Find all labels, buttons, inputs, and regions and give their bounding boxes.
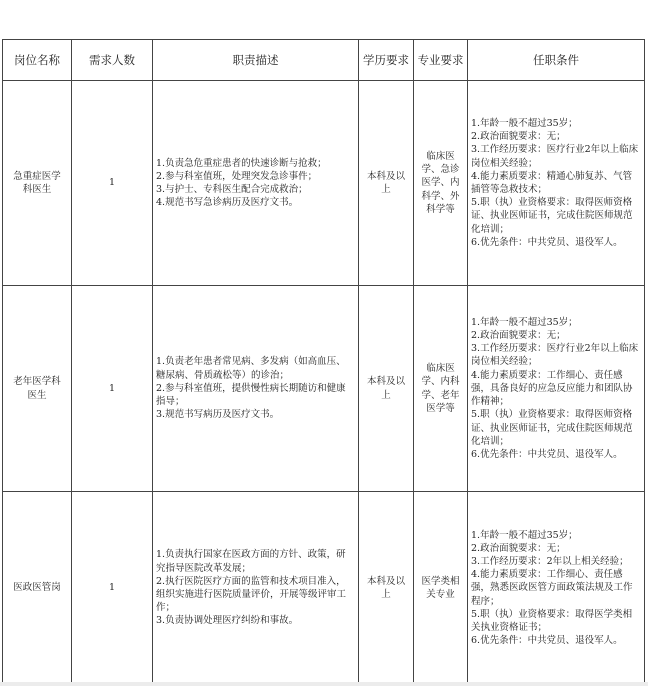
header-major: 专业要求: [414, 40, 468, 81]
count-cell: 1: [72, 81, 153, 286]
requirement-line: 3.工作经历要求：医疗行业2年以上临床岗位相关经验；: [471, 143, 641, 169]
requirement-line: 5.职（执）业资格要求：取得医学类相关执业资格证书；: [471, 608, 641, 634]
position-cell: 急重症医学科医生: [3, 81, 72, 286]
requirements-cell: 1.年龄一般不超过35岁； 2.政治面貌要求：无； 3.工作经历要求：医疗行业2…: [468, 81, 645, 286]
table-row: 老年医学科医生 1 1.负责老年患者常见病、多发病（如高血压、糖尿病、骨质疏松等…: [3, 286, 645, 492]
page-bottom-edge: [0, 682, 648, 686]
requirements-cell: 1.年龄一般不超过35岁； 2.政治面貌要求：无； 3.工作经历要求：2年以上相…: [468, 492, 645, 685]
duties-cell: 1.负责急危重症患者的快速诊断与抢救； 2.参与科室值班，处理突发急诊事件； 3…: [153, 81, 359, 286]
count-cell: 1: [72, 492, 153, 685]
requirement-line: 3.工作经历要求：2年以上相关经验；: [471, 555, 641, 568]
duty-line: 1.负责急危重症患者的快速诊断与抢救；: [156, 157, 355, 170]
duties-cell: 1.负责老年患者常见病、多发病（如高血压、糖尿病、骨质疏松等）的诊治； 2.参与…: [153, 286, 359, 492]
education-cell: 本科及以上: [359, 286, 414, 492]
major-cell: 临床医学、急诊医学、内科学、外科学等: [414, 81, 468, 286]
duty-line: 1.负责执行国家在医政方面的方针、政策，研究指导医院改革发展；: [156, 548, 355, 574]
duties-cell: 1.负责执行国家在医政方面的方针、政策，研究指导医院改革发展； 2.执行医院医疗…: [153, 492, 359, 685]
table-row: 急重症医学科医生 1 1.负责急危重症患者的快速诊断与抢救； 2.参与科室值班，…: [3, 81, 645, 286]
table-header-row: 岗位名称 需求人数 职责描述 学历要求 专业要求 任职条件: [3, 40, 645, 81]
requirement-line: 1.年龄一般不超过35岁；: [471, 529, 641, 542]
header-education: 学历要求: [359, 40, 414, 81]
education-cell: 本科及以上: [359, 81, 414, 286]
duty-line: 3.负责协调处理医疗纠纷和事故。: [156, 614, 355, 627]
requirement-line: 2.政治面貌要求：无；: [471, 542, 641, 555]
requirement-line: 6.优先条件：中共党员、退役军人。: [471, 634, 641, 647]
requirement-line: 1.年龄一般不超过35岁；: [471, 117, 641, 130]
requirements-cell: 1.年龄一般不超过35岁； 2.政治面貌要求：无； 3.工作经历要求：医疗行业2…: [468, 286, 645, 492]
count-cell: 1: [72, 286, 153, 492]
requirement-line: 5.职（执）业资格要求：取得医师资格证、执业医师证书，完成住院医师规范化培训；: [471, 196, 641, 236]
requirement-line: 1.年龄一般不超过35岁；: [471, 316, 641, 329]
requirement-line: 2.政治面貌要求：无；: [471, 130, 641, 143]
duty-line: 4.规范书写急诊病历及医疗文书。: [156, 196, 355, 209]
requirement-line: 5.职（执）业资格要求：取得医师资格证、执业医师证书，完成住院医师规范化培训；: [471, 408, 641, 448]
position-cell: 医政医管岗: [3, 492, 72, 685]
requirement-line: 6.优先条件：中共党员、退役军人。: [471, 448, 641, 461]
table-row: 医政医管岗 1 1.负责执行国家在医政方面的方针、政策，研究指导医院改革发展； …: [3, 492, 645, 685]
requirement-line: 3.工作经历要求：医疗行业2年以上临床岗位相关经验；: [471, 342, 641, 368]
position-cell: 老年医学科医生: [3, 286, 72, 492]
requirement-line: 6.优先条件：中共党员、退役军人。: [471, 236, 641, 249]
duty-line: 3.与护士、专科医生配合完成救治；: [156, 183, 355, 196]
major-cell: 医学类相关专业: [414, 492, 468, 685]
job-requirements-table: 岗位名称 需求人数 职责描述 学历要求 专业要求 任职条件 急重症医学科医生 1…: [2, 39, 645, 685]
header-count: 需求人数: [72, 40, 153, 81]
header-duties: 职责描述: [153, 40, 359, 81]
duty-line: 3.规范书写病历及医疗文书。: [156, 408, 355, 421]
requirement-line: 4.能力素质要求：精通心肺复苏、气管插管等急救技术；: [471, 170, 641, 196]
duty-line: 2.参与科室值班，处理突发急诊事件；: [156, 170, 355, 183]
duty-line: 2.执行医院医疗方面的监管和技术项目准入，组织实施进行医院质量评价，开展等级评审…: [156, 575, 355, 615]
duty-line: 2.参与科室值班，提供慢性病长期随访和健康指导；: [156, 382, 355, 408]
requirement-line: 4.能力素质要求：工作细心、责任感强，具备良好的应急反应能力和团队协作精神；: [471, 369, 641, 409]
header-requirements: 任职条件: [468, 40, 645, 81]
requirement-line: 2.政治面貌要求：无；: [471, 329, 641, 342]
header-position: 岗位名称: [3, 40, 72, 81]
duty-line: 1.负责老年患者常见病、多发病（如高血压、糖尿病、骨质疏松等）的诊治；: [156, 355, 355, 381]
requirement-line: 4.能力素质要求：工作细心、责任感强，熟悉医政医管方面政策法规及工作程序；: [471, 568, 641, 608]
education-cell: 本科及以上: [359, 492, 414, 685]
major-cell: 临床医学、内科学、老年医学等: [414, 286, 468, 492]
